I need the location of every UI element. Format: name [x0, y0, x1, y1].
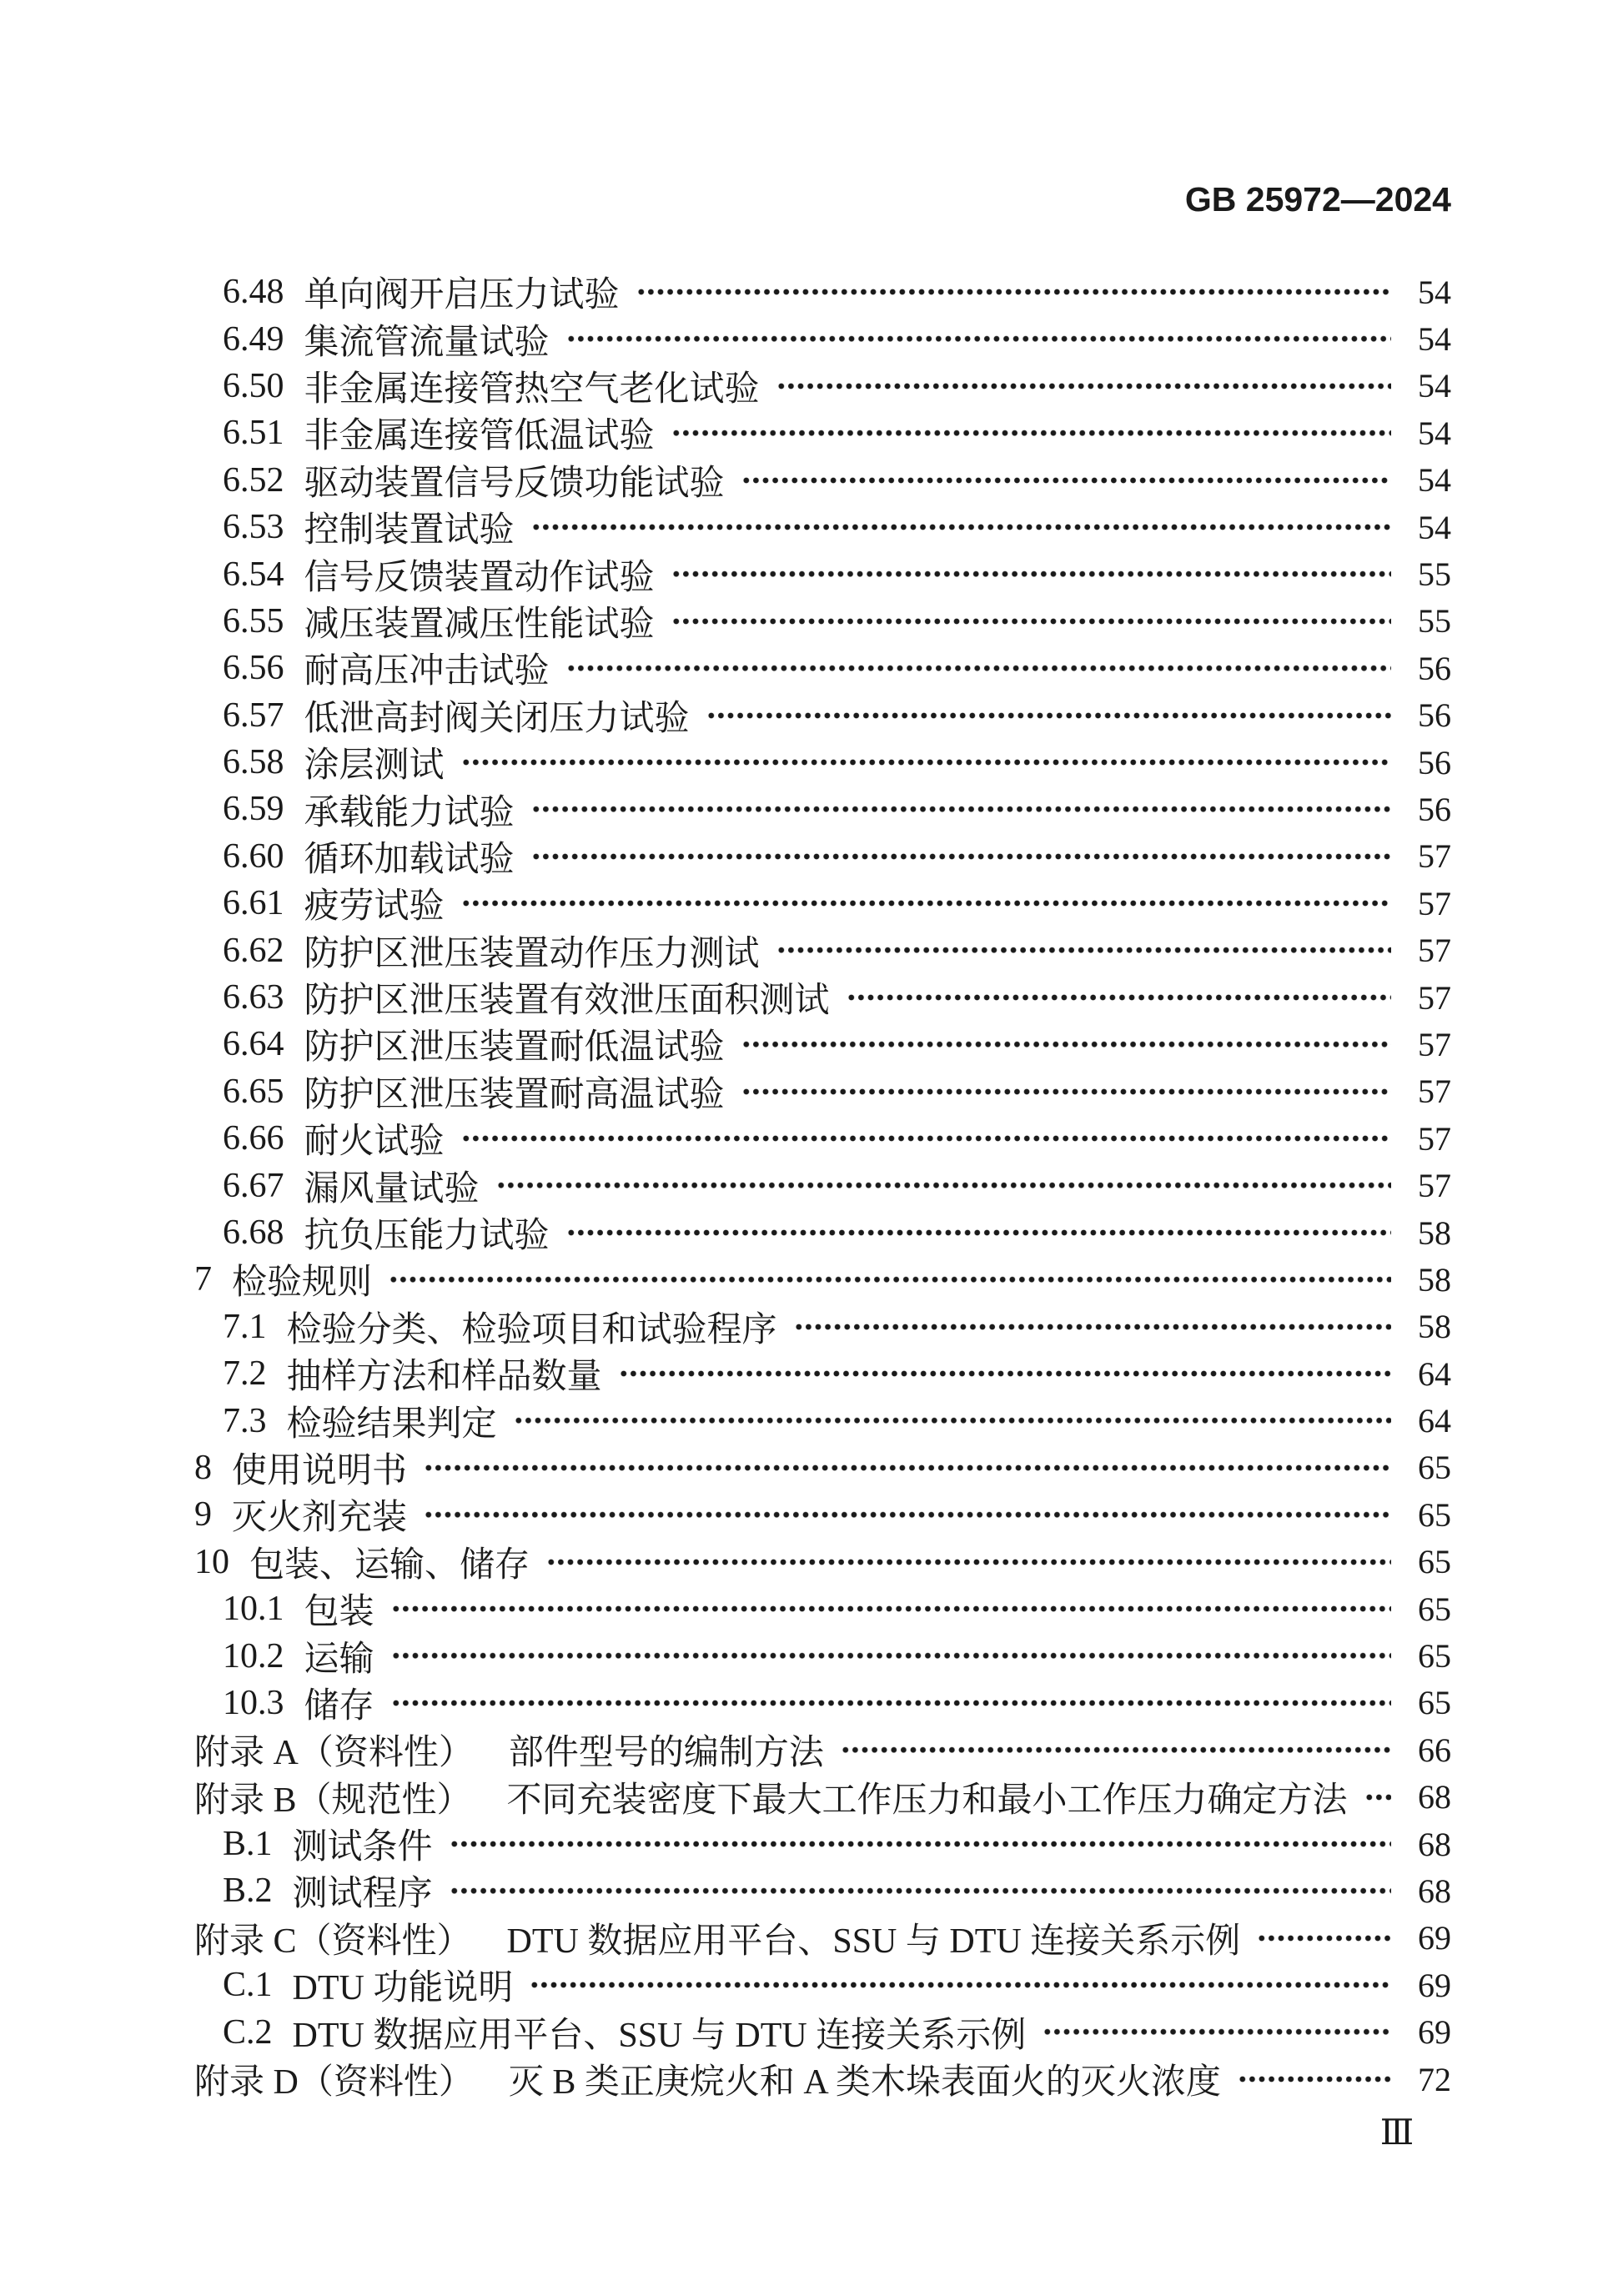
dot-leader — [461, 880, 1391, 927]
toc-entry-number: 7.2 — [223, 1354, 267, 1394]
dot-leader — [566, 315, 1391, 362]
toc-entry: 6.56 耐高压冲击试验 56 — [194, 645, 1451, 691]
toc-entry-title: 非金属连接管低温试验 — [304, 408, 655, 458]
toc-entry: 8 使用说明书 65 — [194, 1444, 1451, 1491]
toc-entry-title: 包装、运输、储存 — [249, 1537, 530, 1587]
toc-entry: 6.59 承载能力试验 56 — [194, 786, 1451, 832]
dot-leader — [1238, 2056, 1391, 2103]
dot-leader — [496, 1162, 1391, 1208]
toc-entry-page: 65 — [1403, 1542, 1451, 1581]
toc-entry: B.2 测试程序 68 — [194, 1867, 1451, 1914]
toc-entry-number: 7.3 — [223, 1401, 267, 1441]
toc-entry: 附录 B（规范性） 不同充装密度下最大工作压力和最小工作压力确定方法 68 — [194, 1774, 1451, 1821]
table-of-contents: 6.48 单向阀开启压力试验 54 6.49 集流管流量试验 54 6.50 非… — [194, 269, 1451, 2103]
toc-entry-page: 58 — [1403, 1213, 1451, 1253]
toc-entry-title: 部件型号的编制方法 — [509, 1725, 824, 1775]
toc-entry-number: 附录 C（资料性） — [194, 1913, 472, 1963]
toc-entry-page: 58 — [1403, 1307, 1451, 1346]
toc-entry-title: 防护区泄压装置耐高温试验 — [304, 1067, 725, 1117]
toc-entry: 6.66 耐火试验 57 — [194, 1115, 1451, 1162]
toc-entry: 7.3 检验结果判定 64 — [194, 1397, 1451, 1444]
toc-entry-number: 6.51 — [223, 413, 284, 453]
dot-leader — [391, 1585, 1391, 1632]
dot-leader — [619, 1350, 1391, 1397]
toc-entry: B.1 测试条件 68 — [194, 1821, 1451, 1867]
standard-number-header: GB 25972—2024 — [0, 180, 1451, 219]
toc-entry-number: 附录 D（资料性） — [194, 2054, 474, 2104]
toc-entry-title: 不同充装密度下最大工作压力和最小工作压力确定方法 — [507, 1772, 1348, 1822]
toc-entry-page: 64 — [1403, 1354, 1451, 1394]
toc-entry-number: 6.50 — [223, 366, 284, 406]
toc-entry-title: 集流管流量试验 — [304, 314, 550, 364]
toc-entry-number: 6.66 — [223, 1118, 284, 1158]
toc-entry-number: 10.1 — [223, 1589, 284, 1629]
toc-entry: 附录 D（资料性） 灭 B 类正庚烷火和 A 类木垛表面火的灭火浓度 72 — [194, 2056, 1451, 2103]
toc-entry-number: 6.52 — [223, 460, 284, 500]
toc-entry: 6.62 防护区泄压装置动作压力测试 57 — [194, 927, 1451, 973]
toc-entry-title: 抗负压能力试验 — [304, 1208, 550, 1258]
toc-entry-page: 65 — [1403, 1636, 1451, 1676]
toc-entry: 6.48 单向阀开启压力试验 54 — [194, 269, 1451, 315]
toc-entry-title: 检验结果判定 — [287, 1396, 497, 1446]
toc-entry-page: 57 — [1403, 837, 1451, 876]
toc-entry-page: 57 — [1403, 978, 1451, 1017]
dot-leader — [461, 739, 1391, 786]
toc-entry-number: 6.58 — [223, 742, 284, 782]
toc-entry: 附录 A（资料性） 部件型号的编制方法 66 — [194, 1726, 1451, 1773]
toc-entry-page: 58 — [1403, 1260, 1451, 1299]
toc-entry-title: 防护区泄压装置动作压力测试 — [304, 926, 760, 976]
dot-leader — [636, 269, 1391, 315]
dot-leader — [847, 974, 1391, 1021]
toc-entry-number: 10 — [194, 1542, 229, 1582]
toc-entry-number: C.1 — [223, 1965, 273, 2005]
toc-entry: C.1 DTU 功能说明 69 — [194, 1962, 1451, 2008]
toc-entry-page: 56 — [1403, 743, 1451, 782]
dot-leader — [546, 1539, 1391, 1585]
toc-entry: 6.55 减压装置减压性能试验 55 — [194, 598, 1451, 645]
dot-leader — [450, 1867, 1391, 1914]
toc-entry: 9 灭火剂充装 65 — [194, 1491, 1451, 1538]
toc-entry-title: DTU 功能说明 — [293, 1960, 514, 2010]
toc-entry-page: 69 — [1403, 2012, 1451, 2052]
toc-entry-title: 灭火剂充装 — [232, 1490, 407, 1540]
toc-entry-number: B.2 — [223, 1871, 273, 1911]
dot-leader — [671, 409, 1391, 456]
toc-entry-title: 检验规则 — [232, 1254, 372, 1304]
toc-entry-number: 10.2 — [223, 1636, 284, 1676]
toc-entry-title: 测试条件 — [293, 1819, 433, 1869]
toc-entry: 6.51 非金属连接管低温试验 54 — [194, 409, 1451, 456]
toc-entry-number: B.1 — [223, 1824, 273, 1864]
dot-leader — [706, 692, 1391, 739]
toc-entry-number: 6.59 — [223, 789, 284, 829]
dot-leader — [391, 1680, 1391, 1726]
toc-entry-page: 56 — [1403, 696, 1451, 735]
toc-entry-number: 附录 B（规范性） — [194, 1772, 472, 1822]
dot-leader — [671, 598, 1391, 645]
toc-entry-page: 54 — [1403, 508, 1451, 547]
toc-entry-title: 信号反馈装置动作试验 — [304, 550, 655, 600]
toc-entry: 6.57 低泄高封阀关闭压力试验 56 — [194, 692, 1451, 739]
toc-entry-title: 涂层测试 — [304, 737, 445, 787]
toc-entry: 7.2 抽样方法和样品数量 64 — [194, 1350, 1451, 1397]
toc-entry-number: 6.63 — [223, 977, 284, 1017]
toc-entry-page: 66 — [1403, 1731, 1451, 1770]
toc-entry-title: 单向阀开启压力试验 — [304, 267, 620, 317]
dot-leader — [424, 1491, 1391, 1538]
toc-entry-title: 承载能力试验 — [304, 785, 515, 835]
toc-entry-number: 6.62 — [223, 931, 284, 971]
toc-entry-number: 6.48 — [223, 272, 284, 312]
toc-entry-number: 6.65 — [223, 1072, 284, 1112]
toc-entry-page: 65 — [1403, 1495, 1451, 1535]
toc-entry-page: 64 — [1403, 1401, 1451, 1440]
toc-entry-page: 69 — [1403, 1966, 1451, 2005]
dot-leader — [776, 363, 1391, 409]
toc-entry-title: 抽样方法和样品数量 — [287, 1349, 602, 1399]
toc-entry-page: 57 — [1403, 931, 1451, 970]
toc-entry: 6.68 抗负压能力试验 58 — [194, 1209, 1451, 1256]
toc-entry-title: 低泄高封阀关闭压力试验 — [304, 691, 690, 741]
toc-entry: 10.1 包装 65 — [194, 1585, 1451, 1632]
toc-entry: 10.2 运输 65 — [194, 1632, 1451, 1679]
dot-leader — [1364, 1774, 1391, 1821]
toc-entry: 7.1 检验分类、检验项目和试验程序 58 — [194, 1304, 1451, 1350]
dot-leader — [776, 927, 1391, 973]
toc-entry: 6.49 集流管流量试验 54 — [194, 315, 1451, 362]
dot-leader — [1257, 1915, 1391, 1962]
toc-entry-title: 驱动装置信号反馈功能试验 — [304, 455, 725, 505]
toc-entry-number: 6.57 — [223, 696, 284, 736]
toc-entry-title: 储存 — [304, 1678, 374, 1728]
toc-entry-title: 减压装置减压性能试验 — [304, 596, 655, 646]
toc-entry-title: 漏风量试验 — [304, 1161, 480, 1211]
dot-leader — [566, 1209, 1391, 1256]
toc-entry-page: 57 — [1403, 1119, 1451, 1158]
toc-entry-title: 灭 B 类正庚烷火和 A 类木垛表面火的灭火浓度 — [509, 2054, 1221, 2104]
page-number-roman: Ⅲ — [1364, 2112, 1430, 2153]
toc-entry: 6.65 防护区泄压装置耐高温试验 57 — [194, 1068, 1451, 1115]
toc-entry: 6.60 循环加载试验 57 — [194, 833, 1451, 880]
toc-entry-number: 10.3 — [223, 1683, 284, 1723]
dot-leader — [514, 1397, 1391, 1444]
dot-leader — [741, 1021, 1391, 1068]
toc-entry: 6.53 控制装置试验 54 — [194, 504, 1451, 550]
dot-leader — [530, 1962, 1391, 2008]
dot-leader — [531, 504, 1391, 550]
toc-entry-number: 6.60 — [223, 837, 284, 877]
toc-entry-number: 6.67 — [223, 1166, 284, 1206]
toc-entry-page: 68 — [1403, 1825, 1451, 1864]
dot-leader — [389, 1256, 1391, 1303]
toc-entry-number: 6.64 — [223, 1024, 284, 1064]
toc-entry-page: 55 — [1403, 601, 1451, 641]
toc-entry-page: 65 — [1403, 1590, 1451, 1629]
toc-entry-number: 9 — [194, 1495, 212, 1535]
toc-entry-page: 54 — [1403, 273, 1451, 312]
toc-entry-number: 6.53 — [223, 507, 284, 547]
toc-entry-title: 使用说明书 — [232, 1443, 407, 1493]
toc-entry-number: 7.1 — [223, 1307, 267, 1347]
toc-entry: 附录 C（资料性） DTU 数据应用平台、SSU 与 DTU 连接关系示例 69 — [194, 1915, 1451, 1962]
toc-entry-title: 检验分类、检验项目和试验程序 — [287, 1302, 777, 1352]
toc-entry-title: 非金属连接管热空气老化试验 — [304, 361, 760, 411]
toc-entry-page: 57 — [1403, 1025, 1451, 1064]
toc-entry-page: 57 — [1403, 1166, 1451, 1205]
dot-leader — [461, 1115, 1391, 1162]
toc-entry-page: 68 — [1403, 1871, 1451, 1911]
toc-entry-page: 65 — [1403, 1683, 1451, 1722]
toc-entry: 7 检验规则 58 — [194, 1256, 1451, 1303]
toc-entry-title: 循环加载试验 — [304, 831, 515, 882]
toc-entry: 6.64 防护区泄压装置耐低温试验 57 — [194, 1021, 1451, 1068]
toc-entry-title: 耐火试验 — [304, 1113, 445, 1163]
toc-entry-number: 6.56 — [223, 648, 284, 688]
toc-entry-title: 防护区泄压装置有效泄压面积测试 — [304, 972, 830, 1022]
toc-entry-number: 8 — [194, 1448, 212, 1488]
toc-entry-number: 6.49 — [223, 319, 284, 359]
dot-leader — [741, 1068, 1391, 1115]
dot-leader — [424, 1444, 1391, 1491]
toc-entry-title: DTU 数据应用平台、SSU 与 DTU 连接关系示例 — [507, 1913, 1241, 1963]
toc-entry-page: 56 — [1403, 649, 1451, 688]
toc-entry: 6.61 疲劳试验 57 — [194, 880, 1451, 927]
dot-leader — [450, 1821, 1391, 1867]
toc-entry-title: 耐高压冲击试验 — [304, 643, 550, 693]
dot-leader — [671, 550, 1391, 597]
dot-leader — [531, 833, 1391, 880]
document-page: GB 25972—2024 6.48 单向阀开启压力试验 54 6.49 集流管… — [0, 0, 1623, 2296]
toc-entry: 6.52 驱动装置信号反馈功能试验 54 — [194, 457, 1451, 504]
toc-entry-page: 55 — [1403, 555, 1451, 594]
toc-entry-title: 运输 — [304, 1631, 374, 1681]
toc-entry: 6.58 涂层测试 56 — [194, 739, 1451, 786]
toc-entry-number: 6.61 — [223, 883, 284, 923]
toc-entry-title: 测试程序 — [293, 1866, 433, 1916]
toc-entry-page: 54 — [1403, 319, 1451, 359]
toc-entry-page: 68 — [1403, 1777, 1451, 1816]
dot-leader — [531, 786, 1391, 832]
toc-entry-page: 65 — [1403, 1448, 1451, 1487]
toc-entry: 10 包装、运输、储存 65 — [194, 1539, 1451, 1585]
dot-leader — [841, 1726, 1391, 1773]
toc-entry-page: 72 — [1403, 2060, 1451, 2099]
toc-entry-page: 69 — [1403, 1918, 1451, 1957]
toc-entry: 6.54 信号反馈装置动作试验 55 — [194, 550, 1451, 597]
toc-entry-number: C.2 — [223, 2012, 273, 2052]
toc-entry-page: 54 — [1403, 460, 1451, 500]
toc-entry: 6.67 漏风量试验 57 — [194, 1162, 1451, 1208]
toc-entry-title: DTU 数据应用平台、SSU 与 DTU 连接关系示例 — [293, 2007, 1027, 2057]
toc-entry-number: 附录 A（资料性） — [194, 1725, 474, 1775]
toc-entry-page: 56 — [1403, 790, 1451, 829]
toc-entry-title: 控制装置试验 — [304, 502, 515, 552]
toc-entry: 10.3 储存 65 — [194, 1680, 1451, 1726]
toc-entry-number: 6.55 — [223, 601, 284, 641]
toc-entry-number: 6.54 — [223, 555, 284, 595]
toc-entry: 6.63 防护区泄压装置有效泄压面积测试 57 — [194, 974, 1451, 1021]
dot-leader — [1043, 2008, 1391, 2055]
toc-entry-number: 7 — [194, 1259, 212, 1299]
toc-entry-title: 疲劳试验 — [304, 878, 445, 928]
dot-leader — [794, 1304, 1391, 1350]
toc-entry-page: 57 — [1403, 884, 1451, 923]
toc-entry: C.2 DTU 数据应用平台、SSU 与 DTU 连接关系示例 69 — [194, 2008, 1451, 2055]
toc-entry-page: 54 — [1403, 366, 1451, 405]
toc-entry: 6.50 非金属连接管热空气老化试验 54 — [194, 363, 1451, 409]
toc-entry-page: 54 — [1403, 414, 1451, 453]
dot-leader — [566, 645, 1391, 691]
toc-entry-number: 6.68 — [223, 1213, 284, 1253]
dot-leader — [391, 1632, 1391, 1679]
dot-leader — [741, 457, 1391, 504]
toc-entry-title: 包装 — [304, 1584, 374, 1634]
toc-entry-page: 57 — [1403, 1072, 1451, 1111]
toc-entry-title: 防护区泄压装置耐低温试验 — [304, 1019, 725, 1069]
